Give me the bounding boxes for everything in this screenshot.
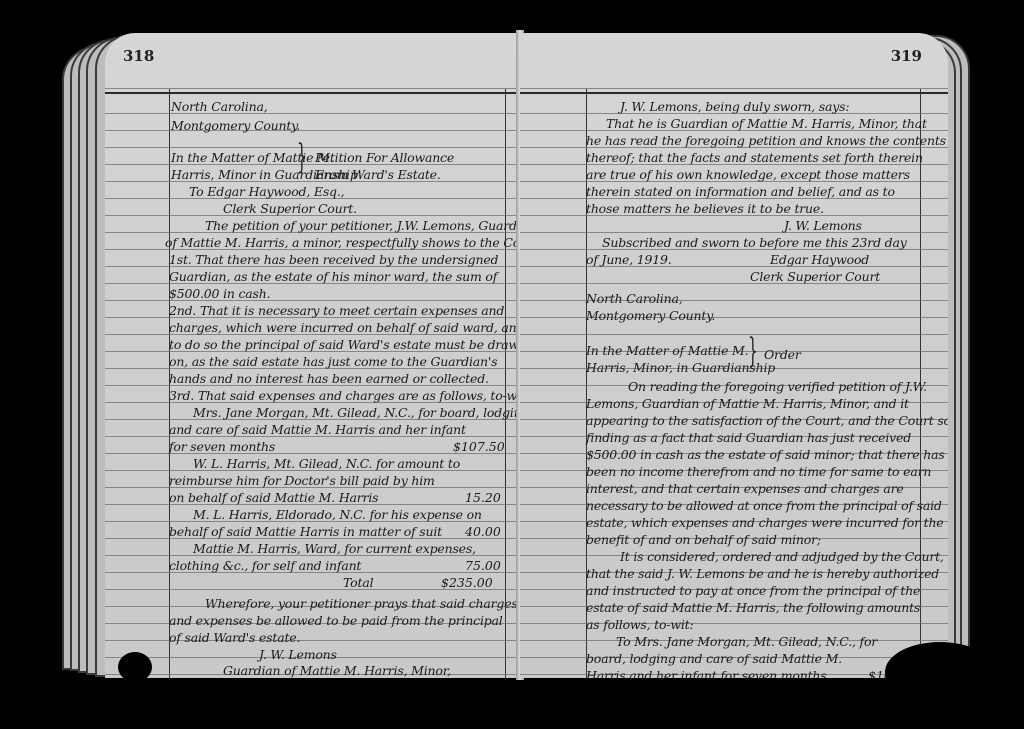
total-amount: $235.00 <box>441 575 493 590</box>
total-label: Total <box>343 575 373 590</box>
text-line: and instructed to pay at once from the p… <box>586 583 920 598</box>
ledger-rule <box>105 147 520 148</box>
text-line: 2nd. That it is necessary to meet certai… <box>169 303 504 318</box>
thumb <box>885 642 995 702</box>
text-line: W. L. Harris, Mt. Gilead, N.C. for amoun… <box>193 456 460 471</box>
caption-line: Petition For Allowance <box>315 150 454 165</box>
brace: } <box>297 137 307 177</box>
text-line: To Edgar Haywood, Esq., <box>189 184 344 199</box>
text-line: those matters he believes it to be true. <box>586 201 824 216</box>
ledger-rule <box>520 232 948 233</box>
ledger-rule <box>520 283 948 284</box>
header-rule <box>105 92 520 94</box>
left-page: 318 North Carolina, Montgomery County. I… <box>105 33 520 678</box>
ledger-rule <box>520 300 948 301</box>
text-line: on, as the said estate has just come to … <box>169 354 497 369</box>
text-line: for seven months <box>169 439 275 454</box>
thumb <box>118 652 152 682</box>
caption-line: From Ward's Estate. <box>315 167 441 182</box>
ledger-rule <box>520 623 948 624</box>
text-line: charges, which were incurred on behalf o… <box>169 320 520 335</box>
text-line: on behalf of said Mattie M. Harris <box>169 490 378 505</box>
text-line: Wherefore, your petitioner prays that sa… <box>205 596 518 611</box>
text-line: Montgomery County. <box>171 118 300 133</box>
amount: 75.00 <box>465 558 501 573</box>
text-line: Lemons, Guardian of Mattie M. Harris, Mi… <box>586 396 909 411</box>
ledger-rule <box>105 113 520 114</box>
amount: 40.00 <box>465 524 501 539</box>
text-line: That he is Guardian of Mattie M. Harris,… <box>606 116 927 131</box>
brace: } <box>748 331 758 371</box>
text-line: that the said J. W. Lemons be and he is … <box>586 566 939 581</box>
text-line: and care of said Mattie M. Harris and he… <box>169 422 466 437</box>
text-line: been no income therefrom and no time for… <box>586 464 931 479</box>
right-page: 319 J. W. Lemons, being duly sworn, says… <box>520 33 948 678</box>
text-line: Clerk Superior Court. <box>223 201 357 216</box>
ledger-rule <box>105 130 520 131</box>
text-line: Guardian of Mattie M. Harris, Minor, <box>223 663 451 678</box>
text-line: as follows, to-wit: <box>586 617 693 632</box>
text-line: of Mattie M. Harris, a minor, respectful… <box>165 235 520 250</box>
text-line: To Mrs. Jane Morgan, Mt. Gilead, N.C., f… <box>616 634 877 649</box>
text-line: reimburse him for Doctor's bill paid by … <box>169 473 435 488</box>
rule <box>520 88 948 89</box>
text-line: appearing to the satisfaction of the Cou… <box>586 413 948 428</box>
text-line: benefit of and on behalf of said minor; <box>586 532 821 547</box>
text-line: behalf of said Mattie Harris in matter o… <box>169 524 442 539</box>
text-line: J. W. Lemons, being duly sworn, says: <box>620 99 849 114</box>
ledger-book: 318 North Carolina, Montgomery County. I… <box>0 0 1024 729</box>
text-line: On reading the foregoing verified petiti… <box>628 379 927 394</box>
text-line: necessary to be allowed at once from the… <box>586 498 942 513</box>
rule <box>105 88 520 89</box>
page-number: 318 <box>123 47 154 65</box>
text-line: Harris and her infant for seven months, <box>586 668 830 678</box>
text-line: and expenses be allowed to be paid from … <box>169 613 503 628</box>
signature: J. W. Lemons <box>784 218 862 233</box>
text-line: Subscribed and sworn to before me this 2… <box>602 235 907 250</box>
clerk-signature: Edgar Haywood <box>770 252 869 267</box>
text-line: Guardian, as the estate of his minor war… <box>169 269 497 284</box>
text-line: Harris, Minor, in Guardianship <box>586 360 775 375</box>
text-line: In the Matter of Mattie M. <box>171 150 333 165</box>
text-line: hands and no interest has been earned or… <box>169 371 489 386</box>
text-line: board, lodging and care of said Mattie M… <box>586 651 842 666</box>
amount: $107.50 <box>453 439 505 454</box>
amount: 15.20 <box>465 490 501 505</box>
caption-line: Order <box>764 347 801 362</box>
text-line: Montgomery County. <box>586 308 715 323</box>
text-line: North Carolina, <box>171 99 267 114</box>
text-line: Clerk Superior Court <box>750 269 880 284</box>
text-line: finding as a fact that said Guardian has… <box>586 430 911 445</box>
signature: J. W. Lemons <box>259 647 337 662</box>
text-line: The petition of your petitioner, J.W. Le… <box>205 218 520 233</box>
text-line: he has read the foregoing petition and k… <box>586 133 946 148</box>
ledger-rule <box>105 300 520 301</box>
header-rule <box>520 92 948 94</box>
text-line: North Carolina, <box>586 291 682 306</box>
text-line: clothing &c., for self and infant <box>169 558 361 573</box>
text-line: thereof; that the facts and statements s… <box>586 150 923 165</box>
text-line: estate, which expenses and charges were … <box>586 515 944 530</box>
text-line: 1st. That there has been received by the… <box>169 252 498 267</box>
text-line: $500.00 in cash as the estate of said mi… <box>586 447 945 462</box>
text-line: It is considered, ordered and adjudged b… <box>620 549 944 564</box>
text-line: Mattie M. Harris, Ward, for current expe… <box>193 541 476 556</box>
ledger-rule <box>520 334 948 335</box>
text-line: 3rd. That said expenses and charges are … <box>169 388 520 403</box>
text-line: M. L. Harris, Eldorado, N.C. for his exp… <box>193 507 482 522</box>
page-number: 319 <box>891 47 922 65</box>
text-line: of said Ward's estate. <box>169 630 300 645</box>
text-line: therein stated on information and belief… <box>586 184 895 199</box>
ledger-rule <box>520 266 948 267</box>
text-line: Mrs. Jane Morgan, Mt. Gilead, N.C., for … <box>193 405 520 420</box>
text-line: $500.00 in cash. <box>169 286 270 301</box>
text-line: In the Matter of Mattie M. <box>586 343 748 358</box>
text-line: of June, 1919. <box>586 252 672 267</box>
text-line: to do so the principal of said Ward's es… <box>169 337 520 352</box>
text-line: interest, and that certain expenses and … <box>586 481 904 496</box>
text-line: are true of his own knowledge, except th… <box>586 167 910 182</box>
ledger-rule <box>520 317 948 318</box>
text-line: estate of said Mattie M. Harris, the fol… <box>586 600 920 615</box>
ledger-rule <box>105 640 520 641</box>
